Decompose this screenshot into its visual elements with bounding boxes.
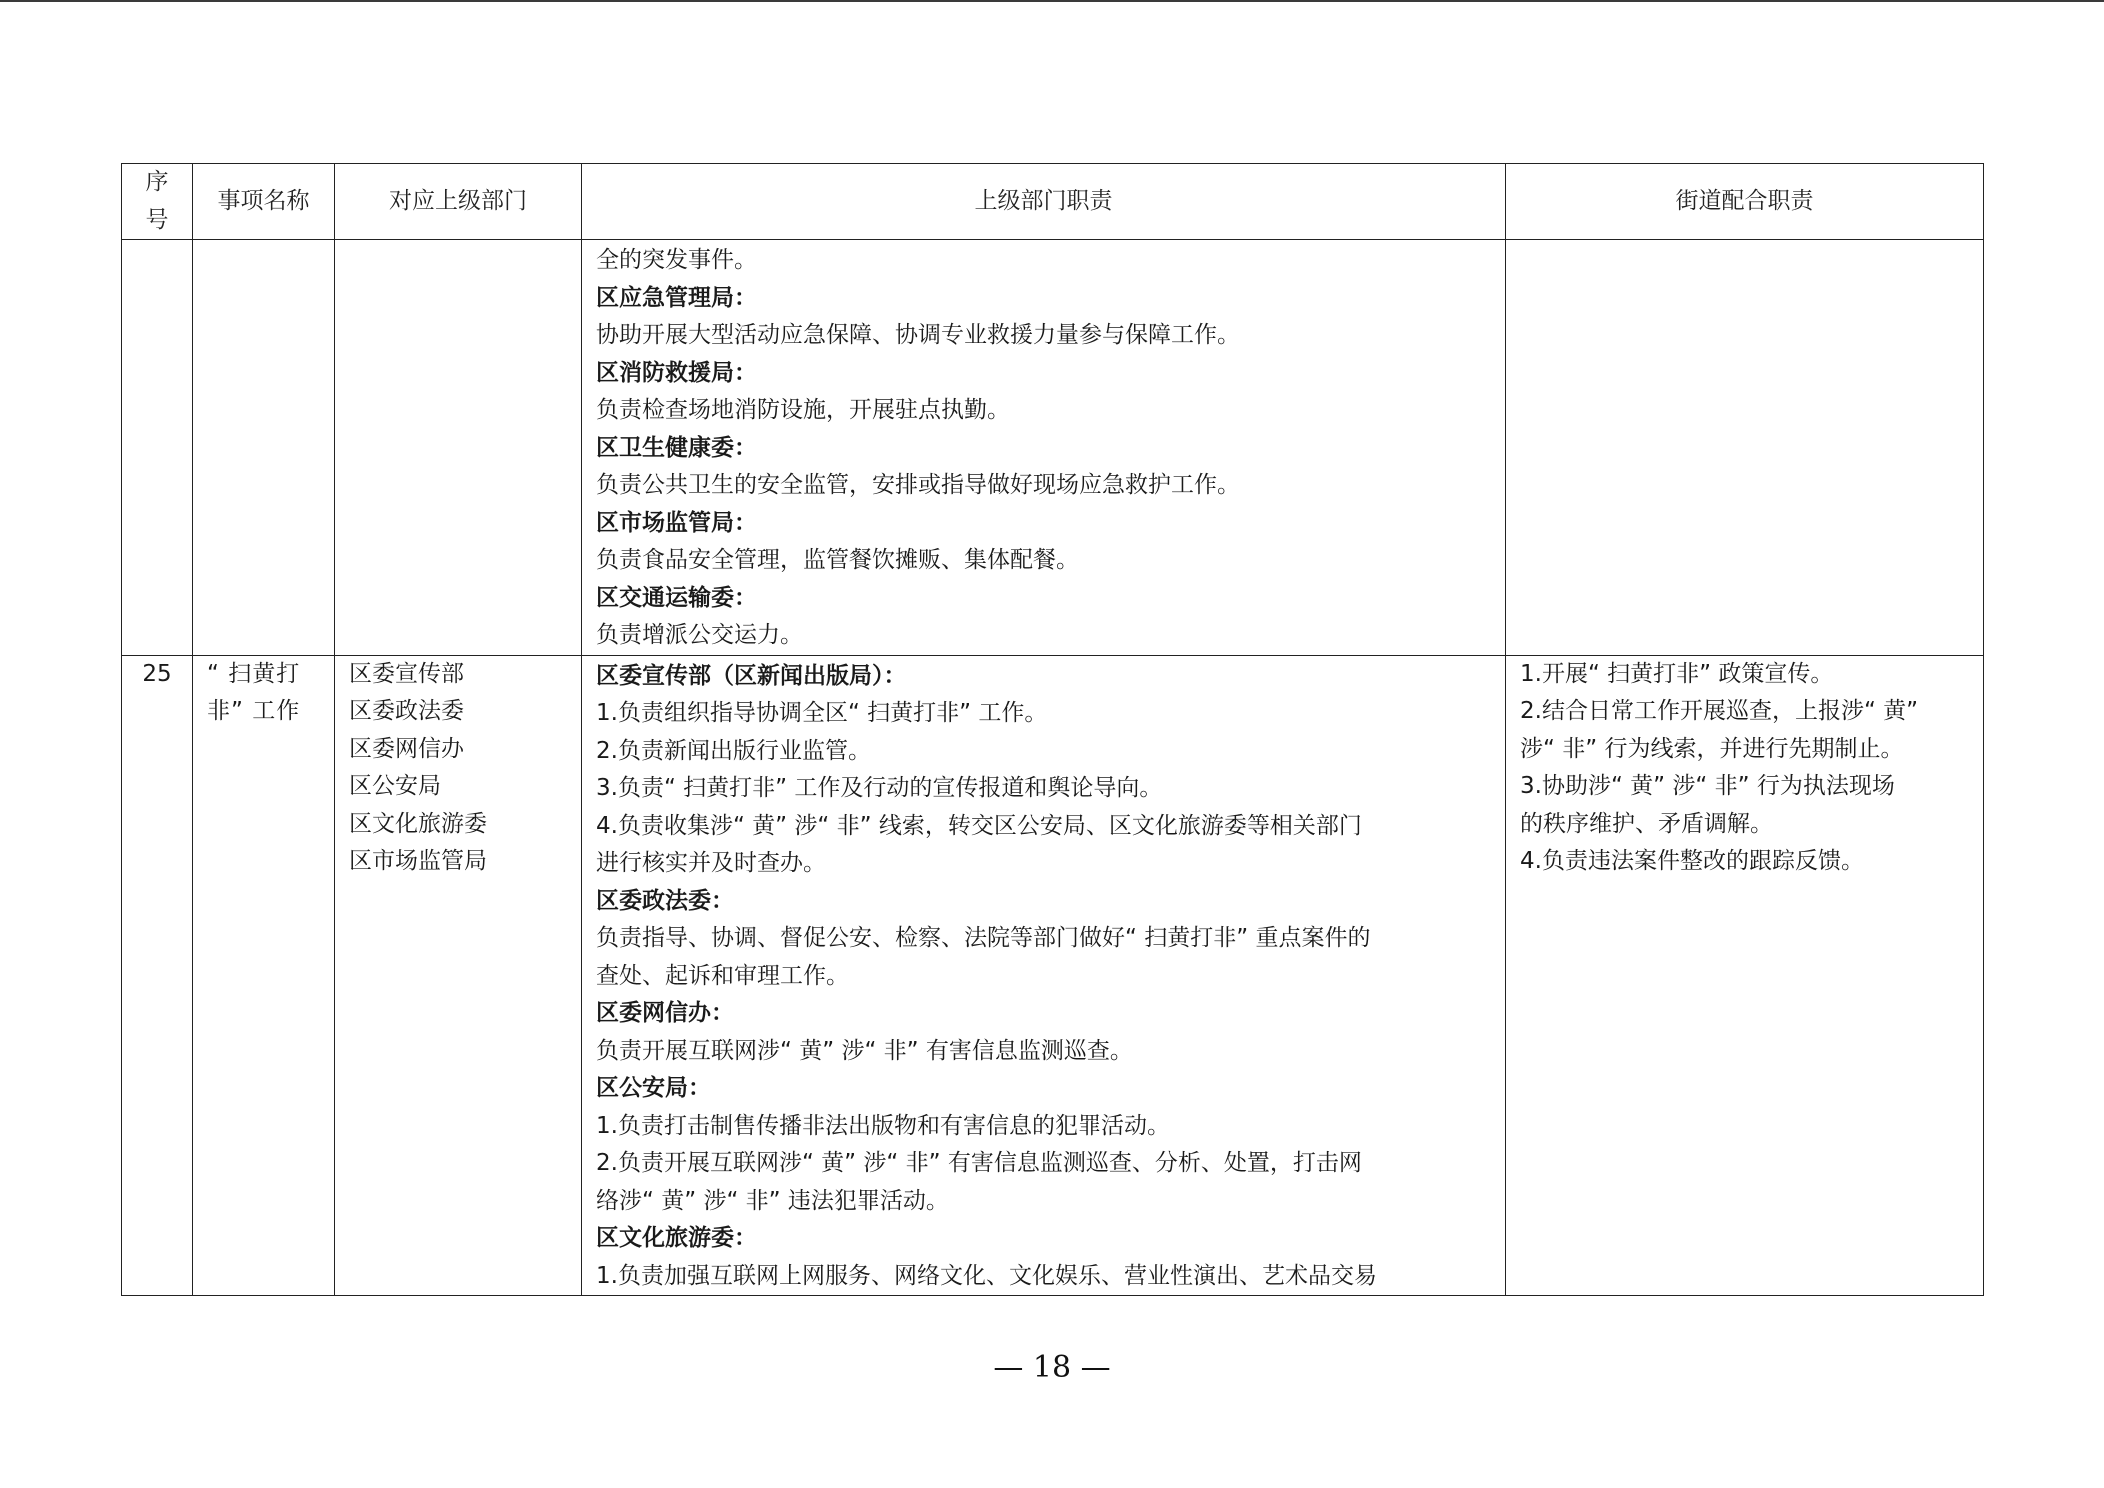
duty-line: 区市场监管局 [349, 843, 581, 881]
duty-line: 2.负责新闻出版行业监管。 [596, 733, 1491, 771]
page-number: — 18 — [0, 1350, 2104, 1385]
item-name-line: “ 扫黄打 [207, 656, 324, 694]
duty-line: 涉“ 非” 行为线索，并进行先期制止。 [1520, 731, 1975, 769]
dept-heading: 区卫生健康委： [596, 430, 1491, 468]
duty-line: 负责食品安全管理，监管餐饮摊贩、集体配餐。 [596, 542, 1491, 580]
duty-line: 协助开展大型活动应急保障、协调专业救援力量参与保障工作。 [596, 317, 1491, 355]
duty-line: 2.结合日常工作开展巡查，上报涉“ 黄” [1520, 693, 1975, 731]
duty-line: 络涉“ 黄” 涉“ 非” 违法犯罪活动。 [596, 1183, 1491, 1221]
duty-line: 区公安局 [349, 768, 581, 806]
cell-item-name [193, 240, 335, 656]
duty-line: 4.负责收集涉“ 黄” 涉“ 非” 线索，转交区公安局、区文化旅游委等相关部门 [596, 808, 1491, 846]
dept-heading: 区委宣传部（区新闻出版局）： [596, 658, 1491, 696]
cell-upper-dept [335, 240, 582, 656]
duty-line: 1.负责打击制售传播非法出版物和有害信息的犯罪活动。 [596, 1108, 1491, 1146]
header-street-duty: 街道配合职责 [1506, 164, 1984, 240]
header-upper-dept: 对应上级部门 [335, 164, 582, 240]
table-row: 全的突发事件。区应急管理局：协助开展大型活动应急保障、协调专业救援力量参与保障工… [122, 240, 1984, 656]
cell-street-duty [1506, 240, 1984, 656]
upper-duty-text: 全的突发事件。区应急管理局：协助开展大型活动应急保障、协调专业救援力量参与保障工… [582, 240, 1505, 655]
duty-line: 1.负责加强互联网上网服务、网络文化、文化娱乐、营业性演出、艺术品交易 [596, 1258, 1491, 1296]
duty-line: 区委宣传部 [349, 656, 581, 694]
upper-dept-list: 区委宣传部区委政法委区委网信办区公安局区文化旅游委区市场监管局 [335, 656, 581, 881]
duty-line: 的秩序维护、矛盾调解。 [1520, 806, 1975, 844]
dept-heading: 区委网信办： [596, 995, 1491, 1033]
cell-no: 25 [122, 655, 193, 1296]
dept-heading: 区公安局： [596, 1070, 1491, 1108]
duty-line: 负责公共卫生的安全监管，安排或指导做好现场应急救护工作。 [596, 467, 1491, 505]
item-name-line: 非” 工作 [207, 693, 324, 731]
duty-line: 负责开展互联网涉“ 黄” 涉“ 非” 有害信息监测巡查。 [596, 1033, 1491, 1071]
cell-street-duty: 1.开展“ 扫黄打非” 政策宣传。2.结合日常工作开展巡查，上报涉“ 黄”涉“ … [1506, 655, 1984, 1296]
cell-no [122, 240, 193, 656]
duty-line: 3.负责“ 扫黄打非” 工作及行动的宣传报道和舆论导向。 [596, 770, 1491, 808]
cell-upper-duty: 区委宣传部（区新闻出版局）：1.负责组织指导协调全区“ 扫黄打非” 工作。2.负… [582, 655, 1506, 1296]
duty-line: 区文化旅游委 [349, 806, 581, 844]
header-upper-duty: 上级部门职责 [582, 164, 1506, 240]
duty-line: 3.协助涉“ 黄” 涉“ 非” 行为执法现场 [1520, 768, 1975, 806]
dept-heading: 区交通运输委： [596, 580, 1491, 618]
duty-line: 区委政法委 [349, 693, 581, 731]
duty-line: 1.负责组织指导协调全区“ 扫黄打非” 工作。 [596, 695, 1491, 733]
table-row: 25 “ 扫黄打 非” 工作 区委宣传部区委政法委区委网信办区公安局区文化旅游委… [122, 655, 1984, 1296]
dept-heading: 区市场监管局： [596, 505, 1491, 543]
duty-table: 序号 事项名称 对应上级部门 上级部门职责 街道配合职责 全的突发事件。区应急管… [121, 163, 1984, 1296]
header-no: 序号 [122, 164, 193, 240]
duty-line: 负责检查场地消防设施，开展驻点执勤。 [596, 392, 1491, 430]
duty-line: 全的突发事件。 [596, 242, 1491, 280]
upper-duty-text: 区委宣传部（区新闻出版局）：1.负责组织指导协调全区“ 扫黄打非” 工作。2.负… [582, 656, 1505, 1296]
cell-upper-dept: 区委宣传部区委政法委区委网信办区公安局区文化旅游委区市场监管局 [335, 655, 582, 1296]
duty-line: 负责增派公交运力。 [596, 617, 1491, 655]
duty-line: 4.负责违法案件整改的跟踪反馈。 [1520, 843, 1975, 881]
table-header-row: 序号 事项名称 对应上级部门 上级部门职责 街道配合职责 [122, 164, 1984, 240]
cell-item-name: “ 扫黄打 非” 工作 [193, 655, 335, 1296]
duty-line: 进行核实并及时查办。 [596, 845, 1491, 883]
duty-line: 查处、起诉和审理工作。 [596, 958, 1491, 996]
street-duty-text: 1.开展“ 扫黄打非” 政策宣传。2.结合日常工作开展巡查，上报涉“ 黄”涉“ … [1506, 656, 1983, 881]
dept-heading: 区文化旅游委： [596, 1220, 1491, 1258]
dept-heading: 区消防救援局： [596, 355, 1491, 393]
page-top-rule [0, 0, 2104, 2]
dept-heading: 区委政法委： [596, 883, 1491, 921]
duty-line: 1.开展“ 扫黄打非” 政策宣传。 [1520, 656, 1975, 694]
duty-line: 区委网信办 [349, 731, 581, 769]
header-item-name: 事项名称 [193, 164, 335, 240]
duty-line: 负责指导、协调、督促公安、检察、法院等部门做好“ 扫黄打非” 重点案件的 [596, 920, 1491, 958]
duty-line: 2.负责开展互联网涉“ 黄” 涉“ 非” 有害信息监测巡查、分析、处置，打击网 [596, 1145, 1491, 1183]
dept-heading: 区应急管理局： [596, 280, 1491, 318]
cell-upper-duty: 全的突发事件。区应急管理局：协助开展大型活动应急保障、协调专业救援力量参与保障工… [582, 240, 1506, 656]
